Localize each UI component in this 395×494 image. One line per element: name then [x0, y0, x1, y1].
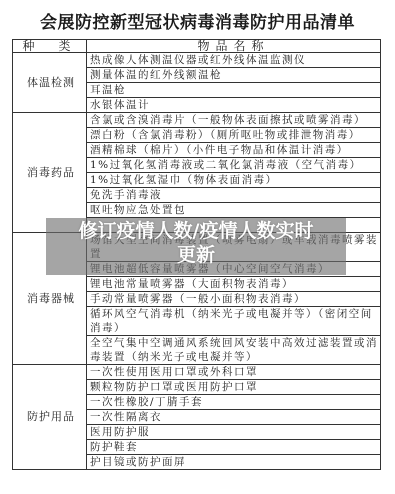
item-cell: 锂电池常量喷雾器（大面积物表消毒）	[87, 277, 381, 292]
item-cell: 水银体温计	[87, 98, 381, 113]
header-item-name: 物品名称	[87, 40, 381, 53]
item-cell: 热成像人体测温仪器或红外线体温监测仪	[87, 53, 381, 68]
table-row: 体温检测 热成像人体测温仪器或红外线体温监测仪	[13, 53, 381, 68]
table-header-row: 种 类 物品名称	[13, 40, 381, 53]
category-cell: 消毒药品	[13, 113, 87, 233]
item-cell: 医用防护服	[87, 425, 381, 440]
item-cell: 颗粒物防护口罩或医用防护口罩	[87, 380, 381, 395]
item-cell: 护目镜或防护面屏	[87, 455, 381, 470]
caption-line-2: 更新	[46, 243, 346, 267]
item-cell: 含氯或含溴消毒片（一般物体表面擦拭或喷雾消毒）	[87, 113, 381, 128]
header-category: 种 类	[13, 40, 87, 53]
caption-overlay: 修订疫情人数/疫情人数实时 更新	[46, 219, 346, 267]
item-cell: 手动常量喷雾器（一般小面积物表消毒）	[87, 292, 381, 307]
item-cell: 1%过氧化氢消毒液或二氧化氯消毒液（空气消毒）	[87, 158, 381, 173]
item-cell: 漂白粉（含氯消毒粉）（厕所呕吐物或排泄物消毒）	[87, 128, 381, 143]
item-cell: 防护鞋套	[87, 440, 381, 455]
item-cell: 免洗手消毒液	[87, 188, 381, 203]
item-cell: 一次性隔离衣	[87, 410, 381, 425]
category-cell: 体温检测	[13, 53, 87, 113]
item-cell: 循环风空气消毒机（纳米光子或电凝并等）（密闭空间消毒）	[87, 307, 381, 336]
category-cell: 防护用品	[13, 365, 87, 470]
table-row: 防护用品 一次性使用医用口罩或外科口罩	[13, 365, 381, 380]
item-cell: 一次性使用医用口罩或外科口罩	[87, 365, 381, 380]
item-cell: 呕吐物应急处置包	[87, 203, 381, 218]
item-cell: 全空气集中空调通风系统回风安装中高效过滤装置或消毒装置（纳米光子或电凝并等）	[87, 336, 381, 365]
document-title: 会展防控新型冠状病毒消毒防护用品清单	[0, 8, 395, 33]
item-cell: 测量体温的红外线额温枪	[87, 68, 381, 83]
table-row: 消毒药品 含氯或含溴消毒片（一般物体表面擦拭或喷雾消毒）	[13, 113, 381, 128]
item-cell: 一次性橡胶/丁腈手套	[87, 395, 381, 410]
caption-line-1: 修订疫情人数/疫情人数实时	[46, 219, 346, 243]
item-cell: 1%过氧化氢湿巾（物体表面消毒）	[87, 173, 381, 188]
item-cell: 酒精棉球（棉片）（小件电子物品和体温计消毒）	[87, 143, 381, 158]
item-cell: 耳温枪	[87, 83, 381, 98]
